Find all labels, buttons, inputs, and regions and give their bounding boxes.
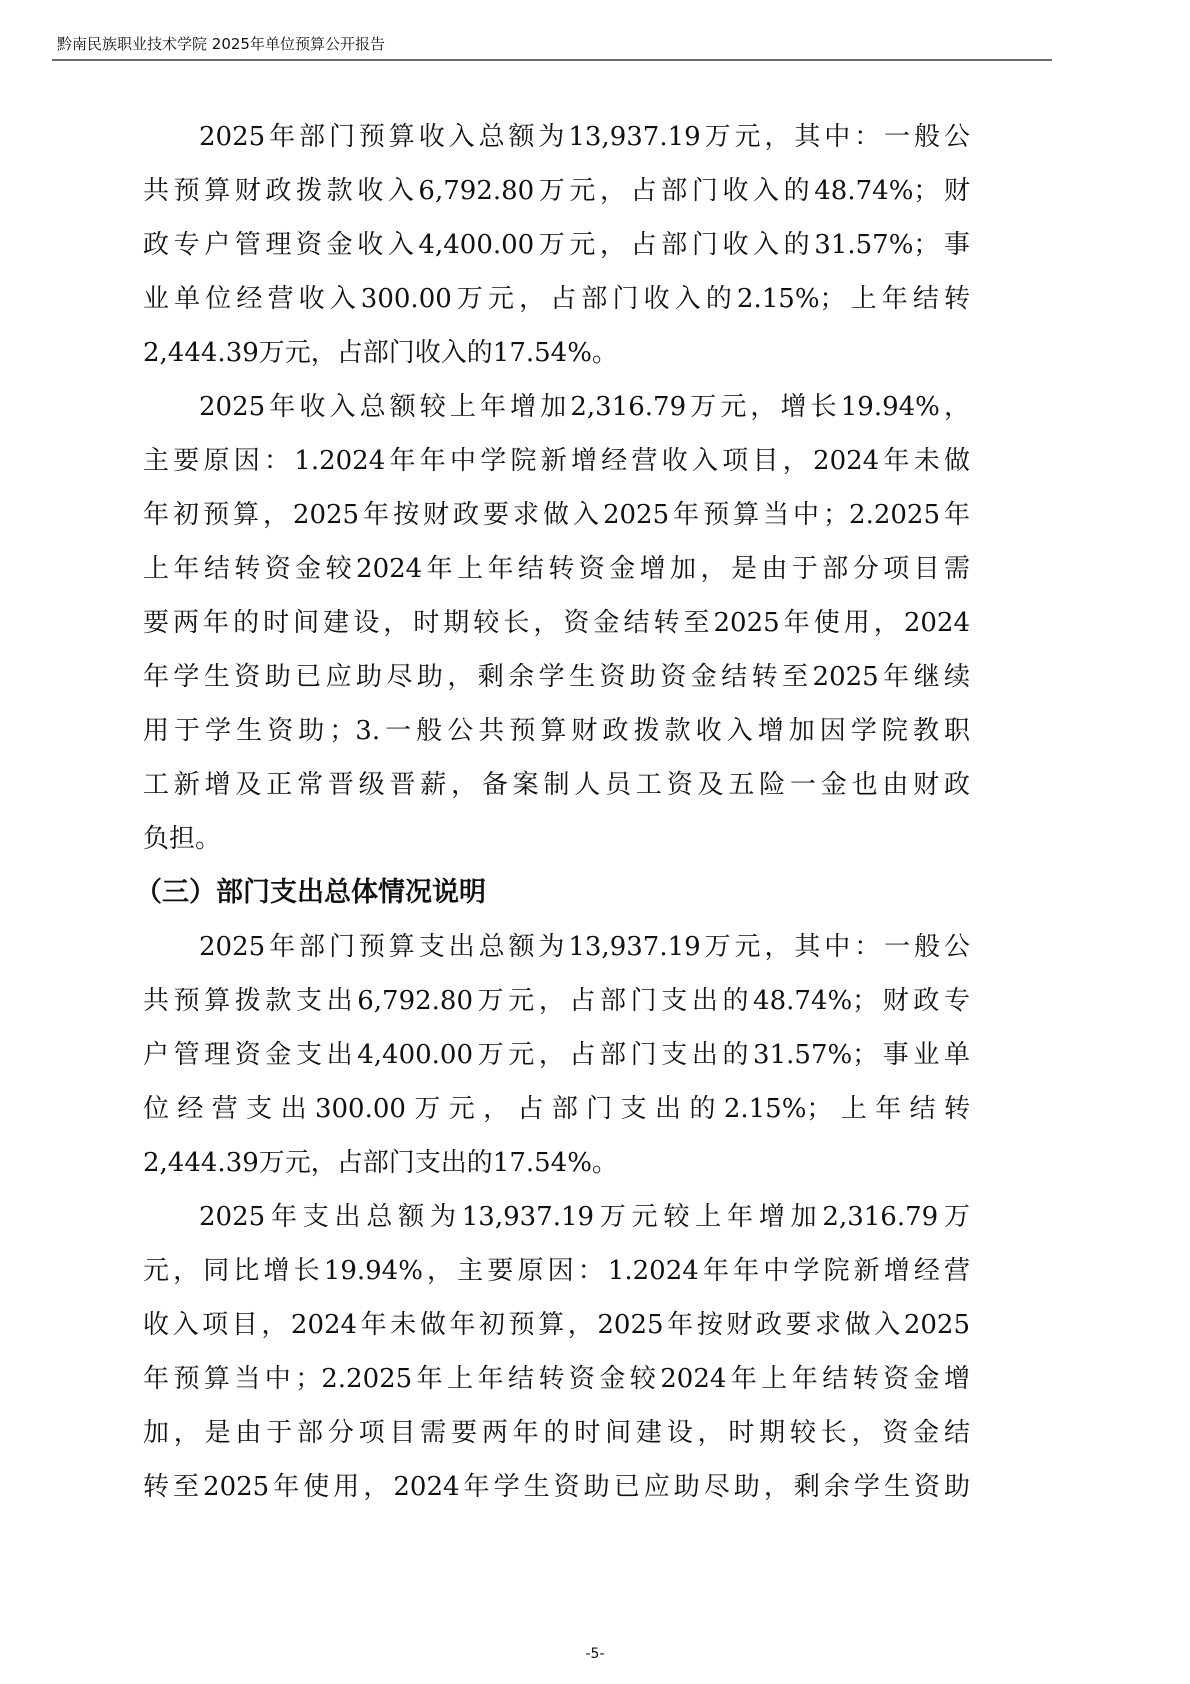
- text-line: 2025年部门预算收入总额为13,937.19万元，其中：一般公: [143, 110, 970, 164]
- header-divider: [52, 59, 1052, 61]
- text-line: 2025年收入总额较上年增加2,316.79万元，增长19.94%，: [143, 380, 970, 434]
- text-line: 业单位经营收入300.00万元，占部门收入的2.15%；上年结转: [143, 272, 970, 326]
- text-line: 收入项目，2024年未做年初预算，2025年按财政要求做入2025: [143, 1298, 970, 1352]
- text-line: 加，是由于部分项目需要两年的时间建设，时期较长，资金结: [143, 1406, 970, 1460]
- text-line: 年学生资助已应助尽助，剩余学生资助资金结转至2025年继续: [143, 650, 970, 704]
- text-line: 2,444.39万元，占部门支出的17.54%。: [143, 1136, 970, 1190]
- text-line: 户管理资金支出4,400.00万元，占部门支出的31.57%；事业单: [143, 1028, 970, 1082]
- paragraph-income-change: 2025年收入总额较上年增加2,316.79万元，增长19.94%， 主要原因：…: [143, 380, 970, 866]
- text-line: 2025年支出总额为13,937.19万元较上年增加2,316.79万: [143, 1190, 970, 1244]
- text-line: 上年结转资金较2024年上年结转资金增加，是由于部分项目需: [143, 542, 970, 596]
- text-line: 年初预算，2025年按财政要求做入2025年预算当中；2.2025年: [143, 488, 970, 542]
- document-body: 2025年部门预算收入总额为13,937.19万元，其中：一般公 共预算财政拨款…: [143, 110, 970, 1514]
- text-line: 2,444.39万元，占部门收入的17.54%。: [143, 326, 970, 380]
- text-line: 政专户管理资金收入4,400.00万元，占部门收入的31.57%；事: [143, 218, 970, 272]
- section-heading: （三）部门支出总体情况说明: [135, 866, 970, 920]
- text-line: 共预算财政拨款收入6,792.80万元，占部门收入的48.74%；财: [143, 164, 970, 218]
- text-line: 工新增及正常晋级晋薪，备案制人员工资及五险一金也由财政: [143, 758, 970, 812]
- paragraph-income-summary: 2025年部门预算收入总额为13,937.19万元，其中：一般公 共预算财政拨款…: [143, 110, 970, 380]
- text-line: 转至2025年使用，2024年学生资助已应助尽助，剩余学生资助: [143, 1460, 970, 1514]
- text-line: 共预算拨款支出6,792.80万元，占部门支出的48.74%；财政专: [143, 974, 970, 1028]
- text-line: 年预算当中；2.2025年上年结转资金较2024年上年结转资金增: [143, 1352, 970, 1406]
- paragraph-expense-change: 2025年支出总额为13,937.19万元较上年增加2,316.79万 元，同比…: [143, 1190, 970, 1514]
- text-line: 2025年部门预算支出总额为13,937.19万元，其中：一般公: [143, 920, 970, 974]
- text-line: 负担。: [143, 812, 970, 866]
- text-line: 用于学生资助；3.一般公共预算财政拨款收入增加因学院教职: [143, 704, 970, 758]
- document-header-title: 黔南民族职业技术学院 2025年单位预算公开报告: [57, 33, 385, 54]
- text-line: 元，同比增长19.94%，主要原因：1.2024年年中学院新增经营: [143, 1244, 970, 1298]
- paragraph-expense-summary: 2025年部门预算支出总额为13,937.19万元，其中：一般公 共预算拨款支出…: [143, 920, 970, 1190]
- text-line: 要两年的时间建设，时期较长，资金结转至2025年使用，2024: [143, 596, 970, 650]
- page-number: -5-: [0, 1646, 1190, 1662]
- text-line: 位经营支出300.00万元，占部门支出的2.15%；上年结转: [143, 1082, 970, 1136]
- text-line: 主要原因：1.2024年年中学院新增经营收入项目，2024年未做: [143, 434, 970, 488]
